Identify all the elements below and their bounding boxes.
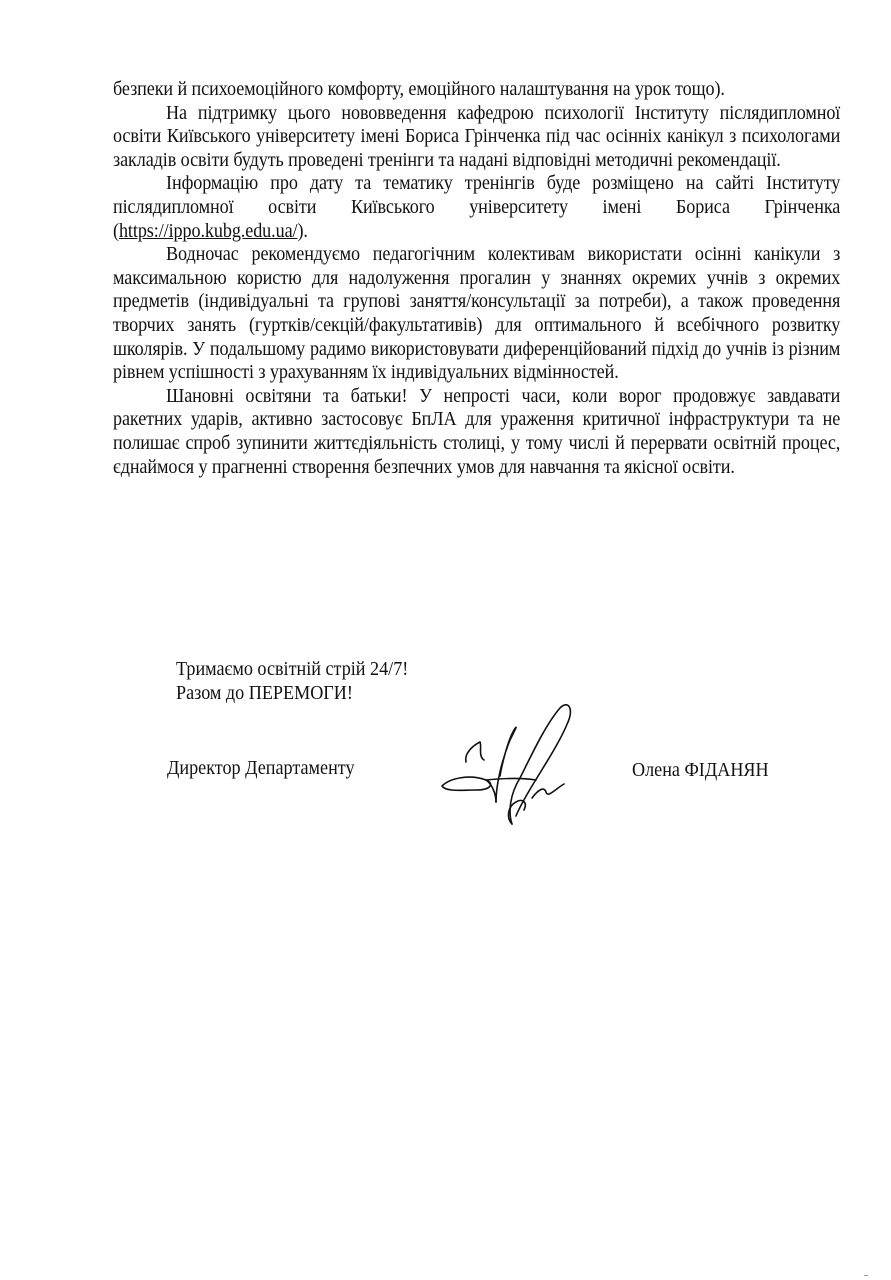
signatory-role: Директор Департаменту	[167, 758, 355, 780]
signatory-name: Олена ФІДАНЯН	[632, 760, 769, 782]
paragraph-continuation: безпеки й психоемоційного комфорту, емоц…	[113, 78, 840, 102]
paragraph-appeal: Шановні освітяни та батьки! У непрості ч…	[113, 385, 840, 479]
paragraph-training-info: Інформацію про дату та тематику тренінгі…	[113, 172, 840, 243]
closing-slogans: Тримаємо освітній стрій 24/7! Разом до П…	[176, 658, 408, 705]
handwritten-signature-icon	[436, 694, 576, 834]
document-body: безпеки й психоемоційного комфорту, емоц…	[113, 78, 840, 479]
training-info-text-end: ).	[297, 221, 307, 242]
closing-line-1: Тримаємо освітній стрій 24/7!	[176, 658, 408, 682]
closing-line-2: Разом до ПЕРЕМОГИ!	[176, 682, 408, 706]
ippo-website-link[interactable]: https://ippo.kubg.edu.ua/	[119, 221, 298, 242]
scan-artifact	[864, 1275, 868, 1276]
paragraph-psychology-trainings: На підтримку цього нововведення кафедрою…	[113, 102, 840, 173]
paragraph-holiday-recommendations: Водночас рекомендуємо педагогічним колек…	[113, 243, 840, 385]
